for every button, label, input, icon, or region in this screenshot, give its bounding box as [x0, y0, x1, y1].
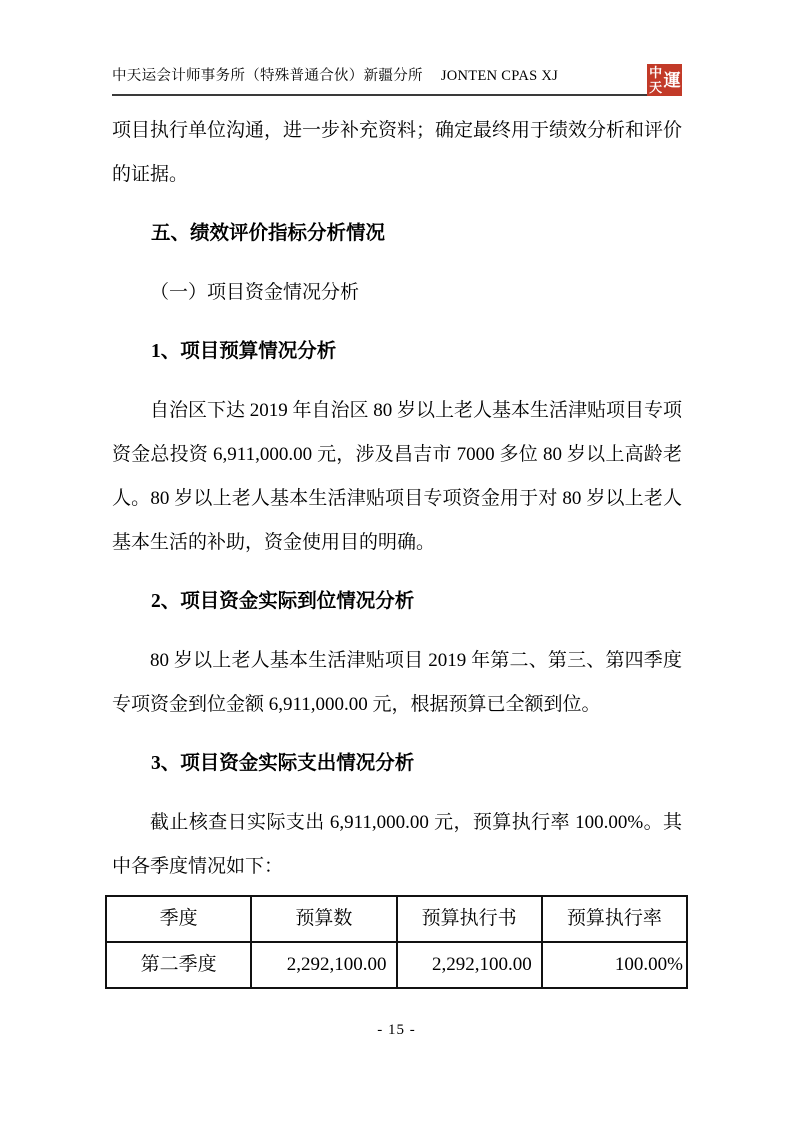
- section5-heading: 五、绩效评价指标分析情况: [112, 212, 682, 256]
- item3-heading: 3、项目资金实际支出情况分析: [112, 742, 682, 786]
- letterhead-text: 中天运会计师事务所（特殊普通合伙）新疆分所JONTEN CPAS XJ: [112, 64, 682, 85]
- quarter-table-header-row: 季度 预算数 预算执行书 预算执行率: [106, 896, 687, 942]
- continuation-paragraph: 项目执行单位沟通，进一步补充资料；确定最终用于绩效分析和评价的证据。: [112, 109, 682, 197]
- page-content: 中天运会计师事务所（特殊普通合伙）新疆分所JONTEN CPAS XJ 中 天 …: [112, 64, 682, 989]
- quarter-table: 季度 预算数 预算执行书 预算执行率 第二季度 2,292,100.00 2,2…: [105, 895, 688, 989]
- body-text: 项目执行单位沟通，进一步补充资料；确定最终用于绩效分析和评价的证据。 五、绩效评…: [112, 96, 682, 989]
- col-header-executed: 预算执行书: [397, 896, 542, 942]
- col-header-execution-rate: 预算执行率: [542, 896, 687, 942]
- seal-left-column: 中 天: [648, 65, 663, 95]
- item1-paragraph: 自治区下达 2019 年自治区 80 岁以上老人基本生活津贴项目专项资金总投资 …: [112, 389, 682, 565]
- firm-name-cn: 中天运会计师事务所（特殊普通合伙）新疆分所: [112, 68, 423, 84]
- letterhead: 中天运会计师事务所（特殊普通合伙）新疆分所JONTEN CPAS XJ 中 天 …: [112, 64, 682, 96]
- subsection1-heading: （一）项目资金情况分析: [112, 271, 682, 315]
- item1-heading: 1、项目预算情况分析: [112, 330, 682, 374]
- firm-name-en: JONTEN CPAS XJ: [441, 68, 558, 84]
- seal-right-column: 運: [663, 65, 681, 95]
- report-page: 中天运会计师事务所（特殊普通合伙）新疆分所JONTEN CPAS XJ 中 天 …: [0, 0, 793, 1122]
- cell-quarter: 第二季度: [106, 942, 251, 988]
- table-row: 第二季度 2,292,100.00 2,292,100.00 100.00%: [106, 942, 687, 988]
- item2-paragraph: 80 岁以上老人基本生活津贴项目 2019 年第二、第三、第四季度专项资金到位金…: [112, 639, 682, 727]
- item3-paragraph: 截止核查日实际支出 6,911,000.00 元，预算执行率 100.00%。其…: [112, 801, 682, 889]
- cell-execution-rate: 100.00%: [542, 942, 687, 988]
- seal-char-right: 運: [664, 72, 681, 89]
- seal-char-top-left: 中: [649, 66, 662, 79]
- company-seal-icon: 中 天 運: [647, 64, 682, 96]
- page-number: - 15 -: [0, 1022, 793, 1039]
- col-header-quarter: 季度: [106, 896, 251, 942]
- item2-heading: 2、项目资金实际到位情况分析: [112, 580, 682, 624]
- cell-budget: 2,292,100.00: [251, 942, 396, 988]
- col-header-budget: 预算数: [251, 896, 396, 942]
- cell-executed: 2,292,100.00: [397, 942, 542, 988]
- seal-char-bottom-left: 天: [649, 81, 662, 94]
